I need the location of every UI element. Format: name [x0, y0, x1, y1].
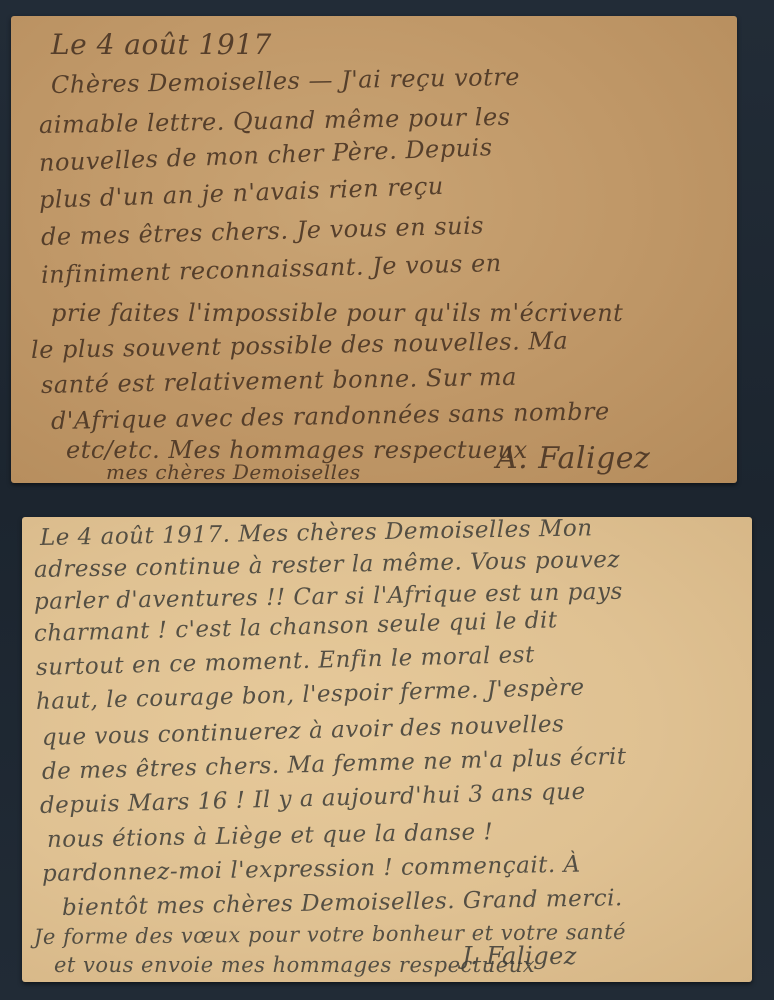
handwritten-line: le plus souvent possible des nouvelles. …: [31, 327, 569, 364]
handwritten-line: surtout en ce moment. Enfin le moral est: [36, 642, 535, 681]
handwritten-line: pardonnez-moi l'expression ! commençait.…: [42, 852, 581, 887]
handwritten-line: de mes êtres chers. Ma femme ne m'a plus…: [42, 744, 627, 785]
handwritten-line: bientôt mes chères Demoiselles. Grand me…: [62, 885, 623, 921]
signature: A. Faligez: [496, 441, 650, 476]
handwritten-line: haut, le courage bon, l'espoir ferme. J'…: [36, 675, 585, 715]
handwritten-line: depuis Mars 16 ! Il y a aujourd'hui 3 an…: [40, 779, 586, 819]
signature: J. Faligez: [462, 942, 577, 970]
handwritten-line: mes chères Demoiselles: [106, 460, 361, 483]
handwritten-line: santé est relativement bonne. Sur ma: [41, 363, 517, 399]
handwritten-line: prie faites l'impossible pour qu'ils m'é…: [51, 299, 623, 327]
handwritten-line: infiniment reconnaissant. Je vous en: [41, 249, 502, 289]
handwritten-line: adresse continue à rester la même. Vous …: [34, 547, 620, 583]
handwritten-line: nouvelles de mon cher Père. Depuis: [39, 133, 493, 177]
handwritten-line: plus d'un an je n'avais rien reçu: [39, 172, 445, 214]
handwritten-line: de mes êtres chers. Je vous en suis: [41, 211, 485, 251]
handwritten-line: aimable lettre. Quand même pour les: [39, 103, 511, 139]
handwritten-line: que vous continuerez à avoir des nouvell…: [42, 711, 565, 751]
handwritten-line: Chères Demoiselles — J'ai reçu votre: [51, 63, 520, 99]
handwritten-line: nous étions à Liège et que la danse !: [47, 819, 494, 853]
postcard-top: Le 4 août 1917 Chères Demoiselles — J'ai…: [11, 16, 737, 483]
handwritten-line: Le 4 août 1917: [51, 28, 272, 61]
handwritten-line: d'Afrique avec des randonnées sans nombr…: [51, 397, 610, 435]
handwritten-line: Le 4 août 1917. Mes chères Demoiselles M…: [40, 517, 593, 551]
postcard-bottom: Le 4 août 1917. Mes chères Demoiselles M…: [22, 517, 752, 982]
